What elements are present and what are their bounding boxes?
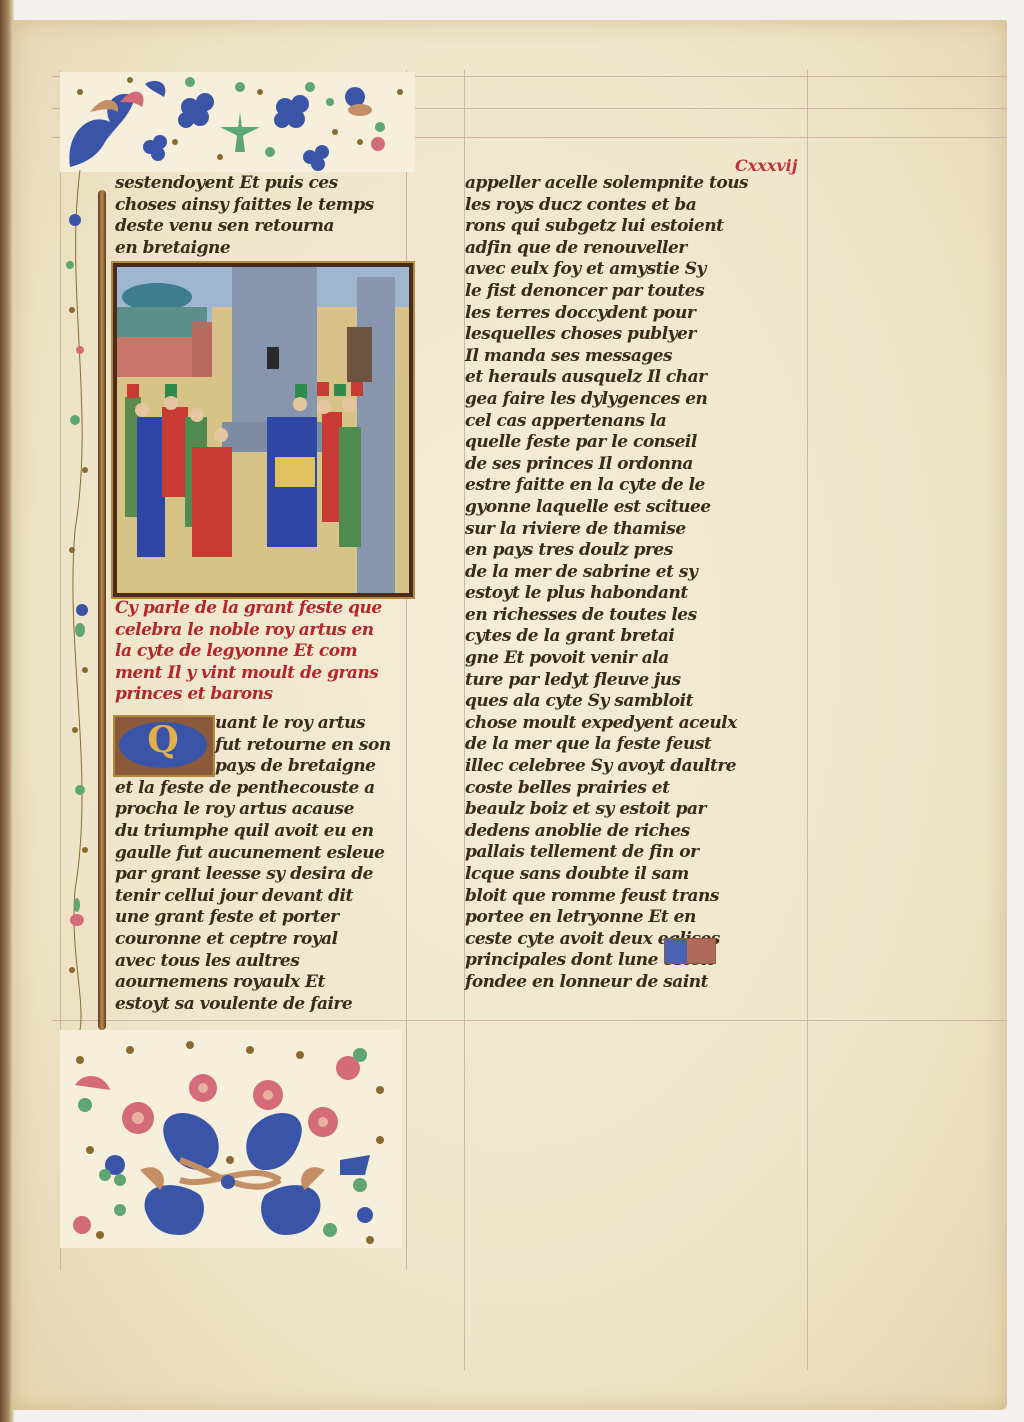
text-line: couronne et ceptre royal bbox=[115, 929, 391, 951]
acanthus-flower-border-icon bbox=[60, 72, 415, 172]
text-line: quelle feste par le conseil bbox=[465, 432, 748, 454]
decorated-border-top bbox=[60, 72, 415, 172]
text-line: dedens anoblie de riches bbox=[465, 821, 748, 843]
text-line: gaulle fut aucunement esleue bbox=[115, 843, 391, 865]
text-line: rons qui subgetz lui estoient bbox=[465, 216, 748, 238]
text-line: sestendoyent Et puis ces bbox=[115, 173, 374, 195]
text-line: en bretaigne bbox=[115, 238, 374, 260]
text-line: du triumphe quil avoit eu en bbox=[115, 821, 391, 843]
small-decorated-initial bbox=[664, 938, 716, 964]
text-line: adfin que de renouveller bbox=[465, 238, 748, 260]
text-line: en richesses de toutes les bbox=[465, 605, 748, 627]
text-line: estoyt sa voulente de faire bbox=[115, 994, 391, 1016]
text-line: par grant leesse sy desira de bbox=[115, 864, 391, 886]
text-line: gyonne laquelle est scituee bbox=[465, 497, 748, 519]
text-line: ques ala cyte Sy sambloit bbox=[465, 691, 748, 713]
rubric-line: princes et barons bbox=[115, 684, 382, 706]
text-line: en pays tres doulz pres bbox=[465, 540, 748, 562]
text-line: estoyt le plus habondant bbox=[465, 583, 748, 605]
text-line: lcque sans doubte il sam bbox=[465, 864, 748, 886]
text-line: bloit que romme feust trans bbox=[465, 886, 748, 908]
text-line: et herauls ausquelz Il char bbox=[465, 367, 748, 389]
left-column-top-text: sestendoyent Et puis ces choses ainsy fa… bbox=[115, 173, 374, 259]
initial-blue-panel bbox=[665, 939, 687, 963]
text-line: appeller acelle solempnite tous bbox=[465, 173, 748, 195]
text-line: gea faire les dylygences en bbox=[465, 389, 748, 411]
miniature-illustration bbox=[113, 263, 413, 597]
text-line: coste belles prairies et bbox=[465, 778, 748, 800]
text-line: pays de bretaigne bbox=[115, 756, 391, 778]
text-line: avec eulx foy et amystie Sy bbox=[465, 259, 748, 281]
text-line: les roys ducz contes et ba bbox=[465, 195, 748, 217]
text-line: portee en letryonne Et en bbox=[465, 907, 748, 929]
text-line: de la mer que la feste feust bbox=[465, 734, 748, 756]
rubric-line: ment Il y vint moult de grans bbox=[115, 663, 382, 685]
text-line: deste venu sen retourna bbox=[115, 216, 374, 238]
text-line: une grant feste et porter bbox=[115, 907, 391, 929]
text-line: fut retourne en son bbox=[115, 735, 391, 757]
text-line: estre faitte en la cyte de le bbox=[465, 475, 748, 497]
text-line: de la mer de sabrine et sy bbox=[465, 562, 748, 584]
decorated-border-left bbox=[60, 170, 102, 1030]
text-line: et la feste de penthecouste a bbox=[115, 778, 391, 800]
rubric-line: celebra le noble roy artus en bbox=[115, 620, 382, 642]
text-line: avec tous les aultres bbox=[115, 951, 391, 973]
vine-border-icon bbox=[60, 170, 102, 1030]
text-line: cytes de la grant bretai bbox=[465, 626, 748, 648]
rubric-line: la cyte de legyonne Et com bbox=[115, 641, 382, 663]
acanthus-rose-border-icon bbox=[60, 1030, 402, 1248]
text-line: choses ainsy faittes le temps bbox=[115, 195, 374, 217]
decorated-border-bottom bbox=[60, 1030, 402, 1248]
text-line: fondee en lonneur de saint bbox=[465, 972, 748, 994]
right-column-body-text: appeller acelle solempnite tous les roys… bbox=[465, 173, 748, 994]
text-line: le fist denoncer par toutes bbox=[465, 281, 748, 303]
text-line: pallais tellement de fin or bbox=[465, 842, 748, 864]
text-line: de ses princes Il ordonna bbox=[465, 454, 748, 476]
gold-vertical-bar bbox=[98, 190, 106, 1030]
text-line: gne Et povoit venir ala bbox=[465, 648, 748, 670]
text-line: procha le roy artus acause bbox=[115, 799, 391, 821]
ruling-col2-right bbox=[807, 70, 808, 1370]
text-line: chose moult expedyent aceulx bbox=[465, 713, 748, 735]
text-line: beaulz boiz et sy estoit par bbox=[465, 799, 748, 821]
rubric-line: Cy parle de la grant feste que bbox=[115, 598, 382, 620]
text-line: lesquelles choses publyer bbox=[465, 324, 748, 346]
chapter-rubric: Cy parle de la grant feste que celebra l… bbox=[115, 598, 382, 706]
ruling-col1-right bbox=[406, 70, 407, 1270]
text-line: tenir cellui jour devant dit bbox=[115, 886, 391, 908]
text-line: aournemens royaulx Et bbox=[115, 972, 391, 994]
text-line: illec celebree Sy avoyt daultre bbox=[465, 756, 748, 778]
court-scene-icon bbox=[117, 267, 409, 593]
text-line: cel cas appertenans la bbox=[465, 411, 748, 433]
text-line: les terres doccydent pour bbox=[465, 303, 748, 325]
left-column-body-text: uant le roy artus fut retourne en son pa… bbox=[115, 713, 391, 1015]
ruling-bottom bbox=[52, 1020, 1007, 1021]
text-line: Il manda ses messages bbox=[465, 346, 748, 368]
text-line: uant le roy artus bbox=[115, 713, 391, 735]
text-line: sur la riviere de thamise bbox=[465, 519, 748, 541]
text-line: ture par ledyt fleuve jus bbox=[465, 670, 748, 692]
